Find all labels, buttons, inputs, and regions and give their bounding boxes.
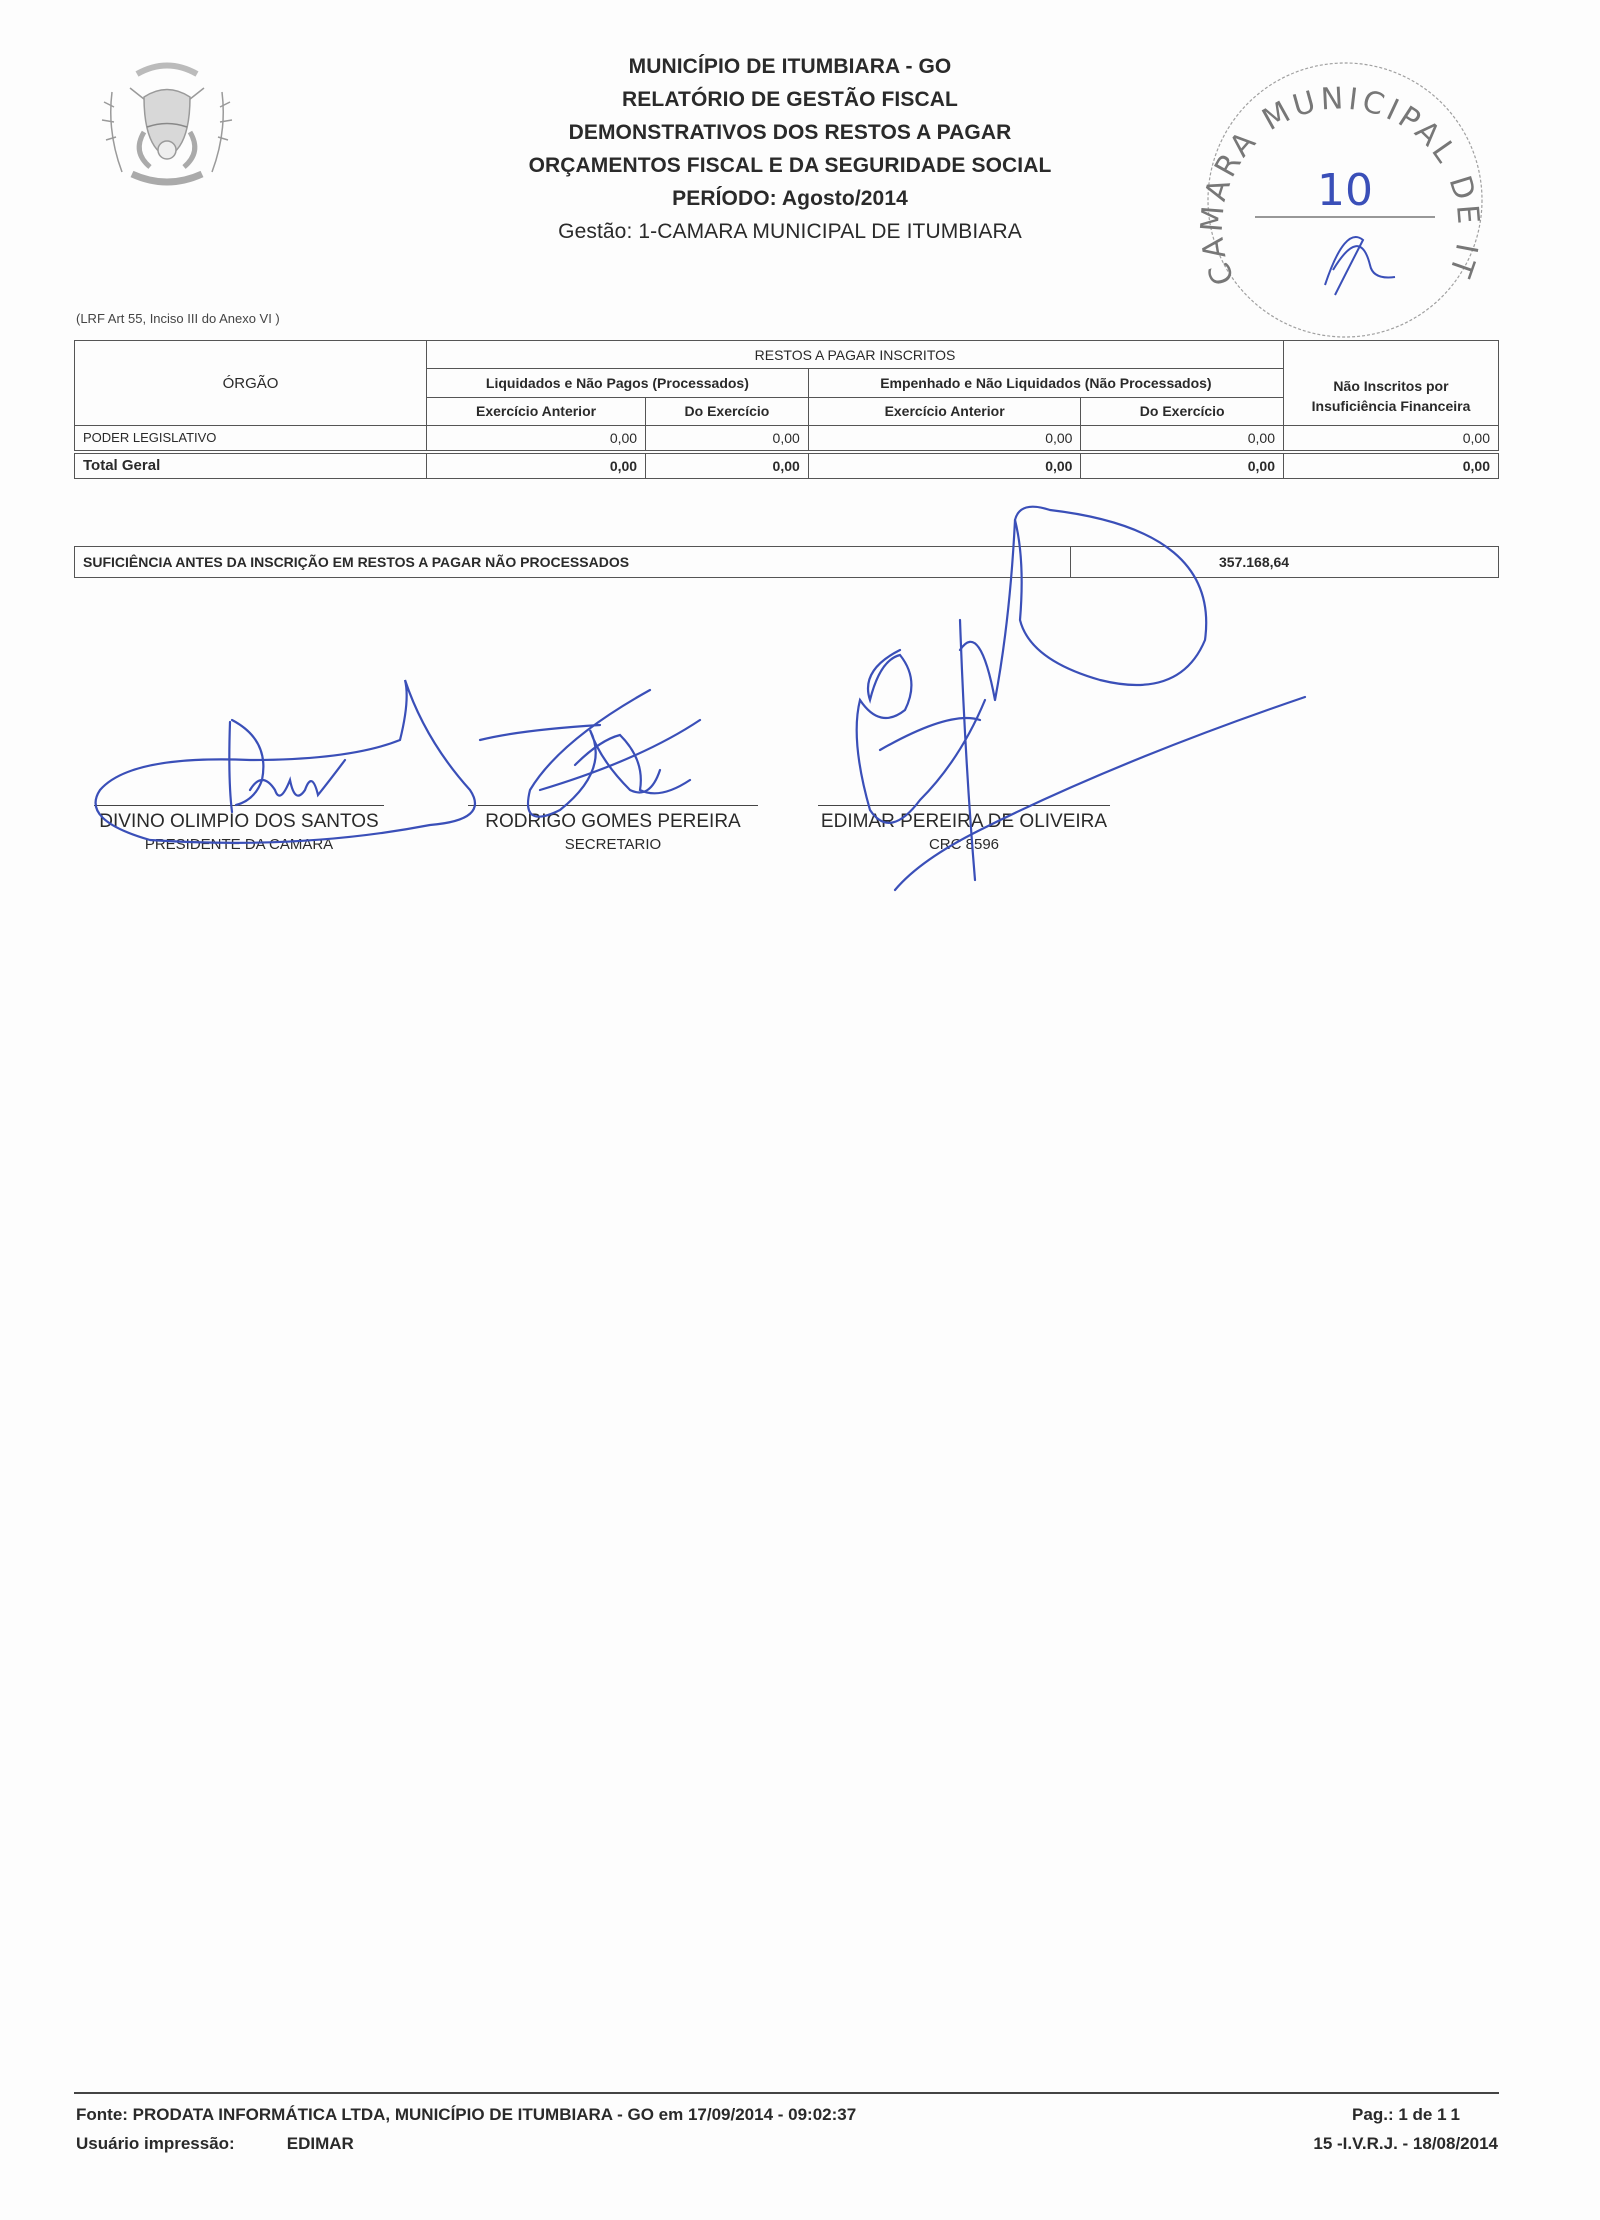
header-naoproc-do-exercicio: Do Exercício (1081, 397, 1284, 425)
signatory-name: RODRIGO GOMES PEREIRA (468, 811, 758, 833)
footer-left: Fonte: PRODATA INFORMÁTICA LTDA, MUNICÍP… (76, 2100, 856, 2158)
header-group: RESTOS A PAGAR INSCRITOS (427, 341, 1284, 369)
header-orgao: ÓRGÃO (75, 341, 427, 426)
page-indicator-suffix: 1 (1451, 2105, 1460, 2124)
cell-orgao: PODER LEGISLATIVO (75, 426, 427, 452)
official-stamp-icon: CAMARA MUNICIPAL DE ITUMBIARA 10 (1195, 55, 1495, 345)
signatory-role: SECRETARIO (468, 836, 758, 853)
signatory-name: EDIMAR PEREIRA DE OLIVEIRA (818, 811, 1110, 833)
footer-divider (74, 2092, 1499, 2094)
footer-user-value: EDIMAR (287, 2134, 354, 2153)
header-proc-do-exercicio: Do Exercício (646, 397, 809, 425)
header-nao-inscritos: Não Inscritos por Insuficiência Financei… (1284, 341, 1499, 426)
signature-block-president: DIVINO OLIMPIO DOS SANTOS PRESIDENTE DA … (94, 805, 384, 853)
svg-text:10: 10 (1317, 165, 1373, 216)
report-header: MUNICÍPIO DE ITUMBIARA - GO RELATÓRIO DE… (440, 50, 1140, 248)
signature-line (94, 805, 384, 806)
suficiencia-label: SUFICIÊNCIA ANTES DA INSCRIÇÃO EM RESTOS… (75, 547, 1071, 578)
total-naoproc-anterior: 0,00 (808, 452, 1081, 479)
signatory-name: DIVINO OLIMPIO DOS SANTOS (94, 811, 384, 833)
footer-right: Pag.: 1 de 11 15 -I.V.R.J. - 18/08/2014 (1230, 2100, 1498, 2158)
footer-user: Usuário impressão:EDIMAR (76, 2129, 856, 2158)
cell-proc-exercicio: 0,00 (646, 426, 809, 452)
page-indicator: Pag.: 1 de 1 (1352, 2100, 1446, 2129)
suficiencia-value: 357.168,64 (1071, 547, 1499, 578)
header-group-label: RESTOS A PAGAR INSCRITOS (755, 347, 956, 363)
header-proc-exercicio-anterior: Exercício Anterior (427, 397, 646, 425)
report-subtitle: DEMONSTRATIVOS DOS RESTOS A PAGAR (440, 116, 1140, 149)
total-proc-exercicio: 0,00 (646, 452, 809, 479)
header-processados: Liquidados e Não Pagos (Processados) (427, 369, 809, 397)
restos-a-pagar-table: ÓRGÃO RESTOS A PAGAR INSCRITOS Não Inscr… (74, 340, 1499, 479)
report-title: RELATÓRIO DE GESTÃO FISCAL (440, 83, 1140, 116)
total-nao-inscritos: 0,00 (1284, 452, 1499, 479)
signature-block-accountant: EDIMAR PEREIRA DE OLIVEIRA CRC 8596 (818, 805, 1110, 853)
header-nao-inscritos-line2: Insuficiência Financeira (1292, 396, 1490, 416)
management-unit: Gestão: 1-CAMARA MUNICIPAL DE ITUMBIARA (440, 215, 1140, 248)
total-naoproc-exercicio: 0,00 (1081, 452, 1284, 479)
signature-line (818, 805, 1110, 806)
suficiencia-table: SUFICIÊNCIA ANTES DA INSCRIÇÃO EM RESTOS… (74, 546, 1499, 578)
signatory-role: PRESIDENTE DA CAMARA (94, 836, 384, 853)
header-nao-processados: Empenhado e Não Liquidados (Não Processa… (808, 369, 1283, 397)
cell-naoproc-exercicio: 0,00 (1081, 426, 1284, 452)
signature-line (468, 805, 758, 806)
signatory-role: CRC 8596 (818, 836, 1110, 853)
total-label: Total Geral (75, 452, 427, 479)
footer-source: Fonte: PRODATA INFORMÁTICA LTDA, MUNICÍP… (76, 2100, 856, 2129)
footer-code: 15 -I.V.R.J. - 18/08/2014 (1230, 2129, 1498, 2158)
header-nao-inscritos-line1: Não Inscritos por (1292, 376, 1490, 396)
total-row: Total Geral 0,00 0,00 0,00 0,00 0,00 (75, 452, 1499, 479)
header-naoproc-exercicio-anterior: Exercício Anterior (808, 397, 1081, 425)
cell-naoproc-anterior: 0,00 (808, 426, 1081, 452)
cell-nao-inscritos: 0,00 (1284, 426, 1499, 452)
municipal-coat-of-arms-icon (92, 52, 242, 192)
footer-page: Pag.: 1 de 11 (1230, 2100, 1498, 2129)
budget-scope: ORÇAMENTOS FISCAL E DA SEGURIDADE SOCIAL (440, 149, 1140, 182)
municipality-title: MUNICÍPIO DE ITUMBIARA - GO (440, 50, 1140, 83)
legal-reference: (LRF Art 55, Inciso III do Anexo VI ) (76, 311, 280, 326)
footer-user-label: Usuário impressão: (76, 2134, 235, 2153)
total-proc-anterior: 0,00 (427, 452, 646, 479)
signature-block-secretary: RODRIGO GOMES PEREIRA SECRETARIO (468, 805, 758, 853)
table-row: PODER LEGISLATIVO 0,00 0,00 0,00 0,00 0,… (75, 426, 1499, 452)
cell-proc-anterior: 0,00 (427, 426, 646, 452)
report-period: PERÍODO: Agosto/2014 (440, 182, 1140, 215)
